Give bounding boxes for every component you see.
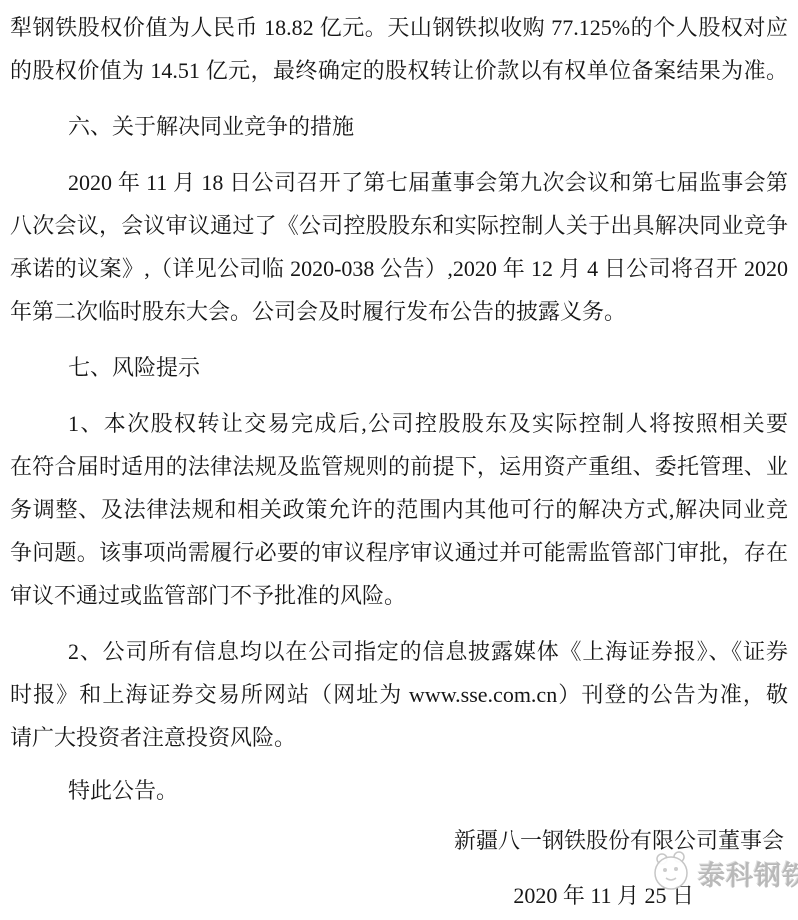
body-line: 务调整、及法律法规和相关政策允许的范围内其他可行的解决方式,解决同业竞 xyxy=(0,488,798,531)
body-line: 年第二次临时股东大会。公司会及时履行发布公告的披露义务。 xyxy=(0,290,798,333)
body-line: 2、公司所有信息均以在公司指定的信息披露媒体《上海证券报》、《证券 xyxy=(0,630,798,673)
body-line: 犁钢铁股权价值为人民币 18.82 亿元。天山钢铁拟收购 77.125%的个人股… xyxy=(0,6,798,49)
section-heading-7: 七、风险提示 xyxy=(0,346,798,389)
panda-circle-logo-icon xyxy=(646,846,696,901)
body-line: 在符合届时适用的法律法规及监管规则的前提下，运用资产重组、委托管理、业 xyxy=(0,445,798,488)
body-line: 2020 年 11 月 18 日公司召开了第七届董事会第九次会议和第七届监事会第 xyxy=(0,161,798,204)
announcement-document: 犁钢铁股权价值为人民币 18.82 亿元。天山钢铁拟收购 77.125%的个人股… xyxy=(0,0,798,920)
body-line: 请广大投资者注意投资风险。 xyxy=(0,716,798,759)
body-line: 审议不通过或监管部门不予批准的风险。 xyxy=(0,574,798,617)
body-line: 争问题。该事项尚需履行必要的审议程序审议通过并可能需监管部门审批，存在 xyxy=(0,531,798,574)
section-heading-6: 六、关于解决同业竞争的措施 xyxy=(0,105,798,148)
watermark-text: 泰科钢铁 xyxy=(698,854,798,893)
closing-line: 特此公告。 xyxy=(0,769,798,812)
body-line: 八次会议，会议审议通过了《公司控股股东和实际控制人关于出具解决同业竞争 xyxy=(0,204,798,247)
body-line: 承诺的议案》,（详见公司临 2020-038 公告）,2020 年 12 月 4… xyxy=(0,247,798,290)
body-line: 时报》和上海证券交易所网站（网址为 www.sse.com.cn）刊登的公告为准… xyxy=(0,673,798,716)
body-line: 的股权价值为 14.51 亿元，最终确定的股权转让价款以有权单位备案结果为准。 xyxy=(0,49,798,92)
watermark: 泰科钢铁 xyxy=(646,846,798,901)
body-line: 1、本次股权转让交易完成后,公司控股股东及实际控制人将按照相关要求， xyxy=(0,402,798,445)
